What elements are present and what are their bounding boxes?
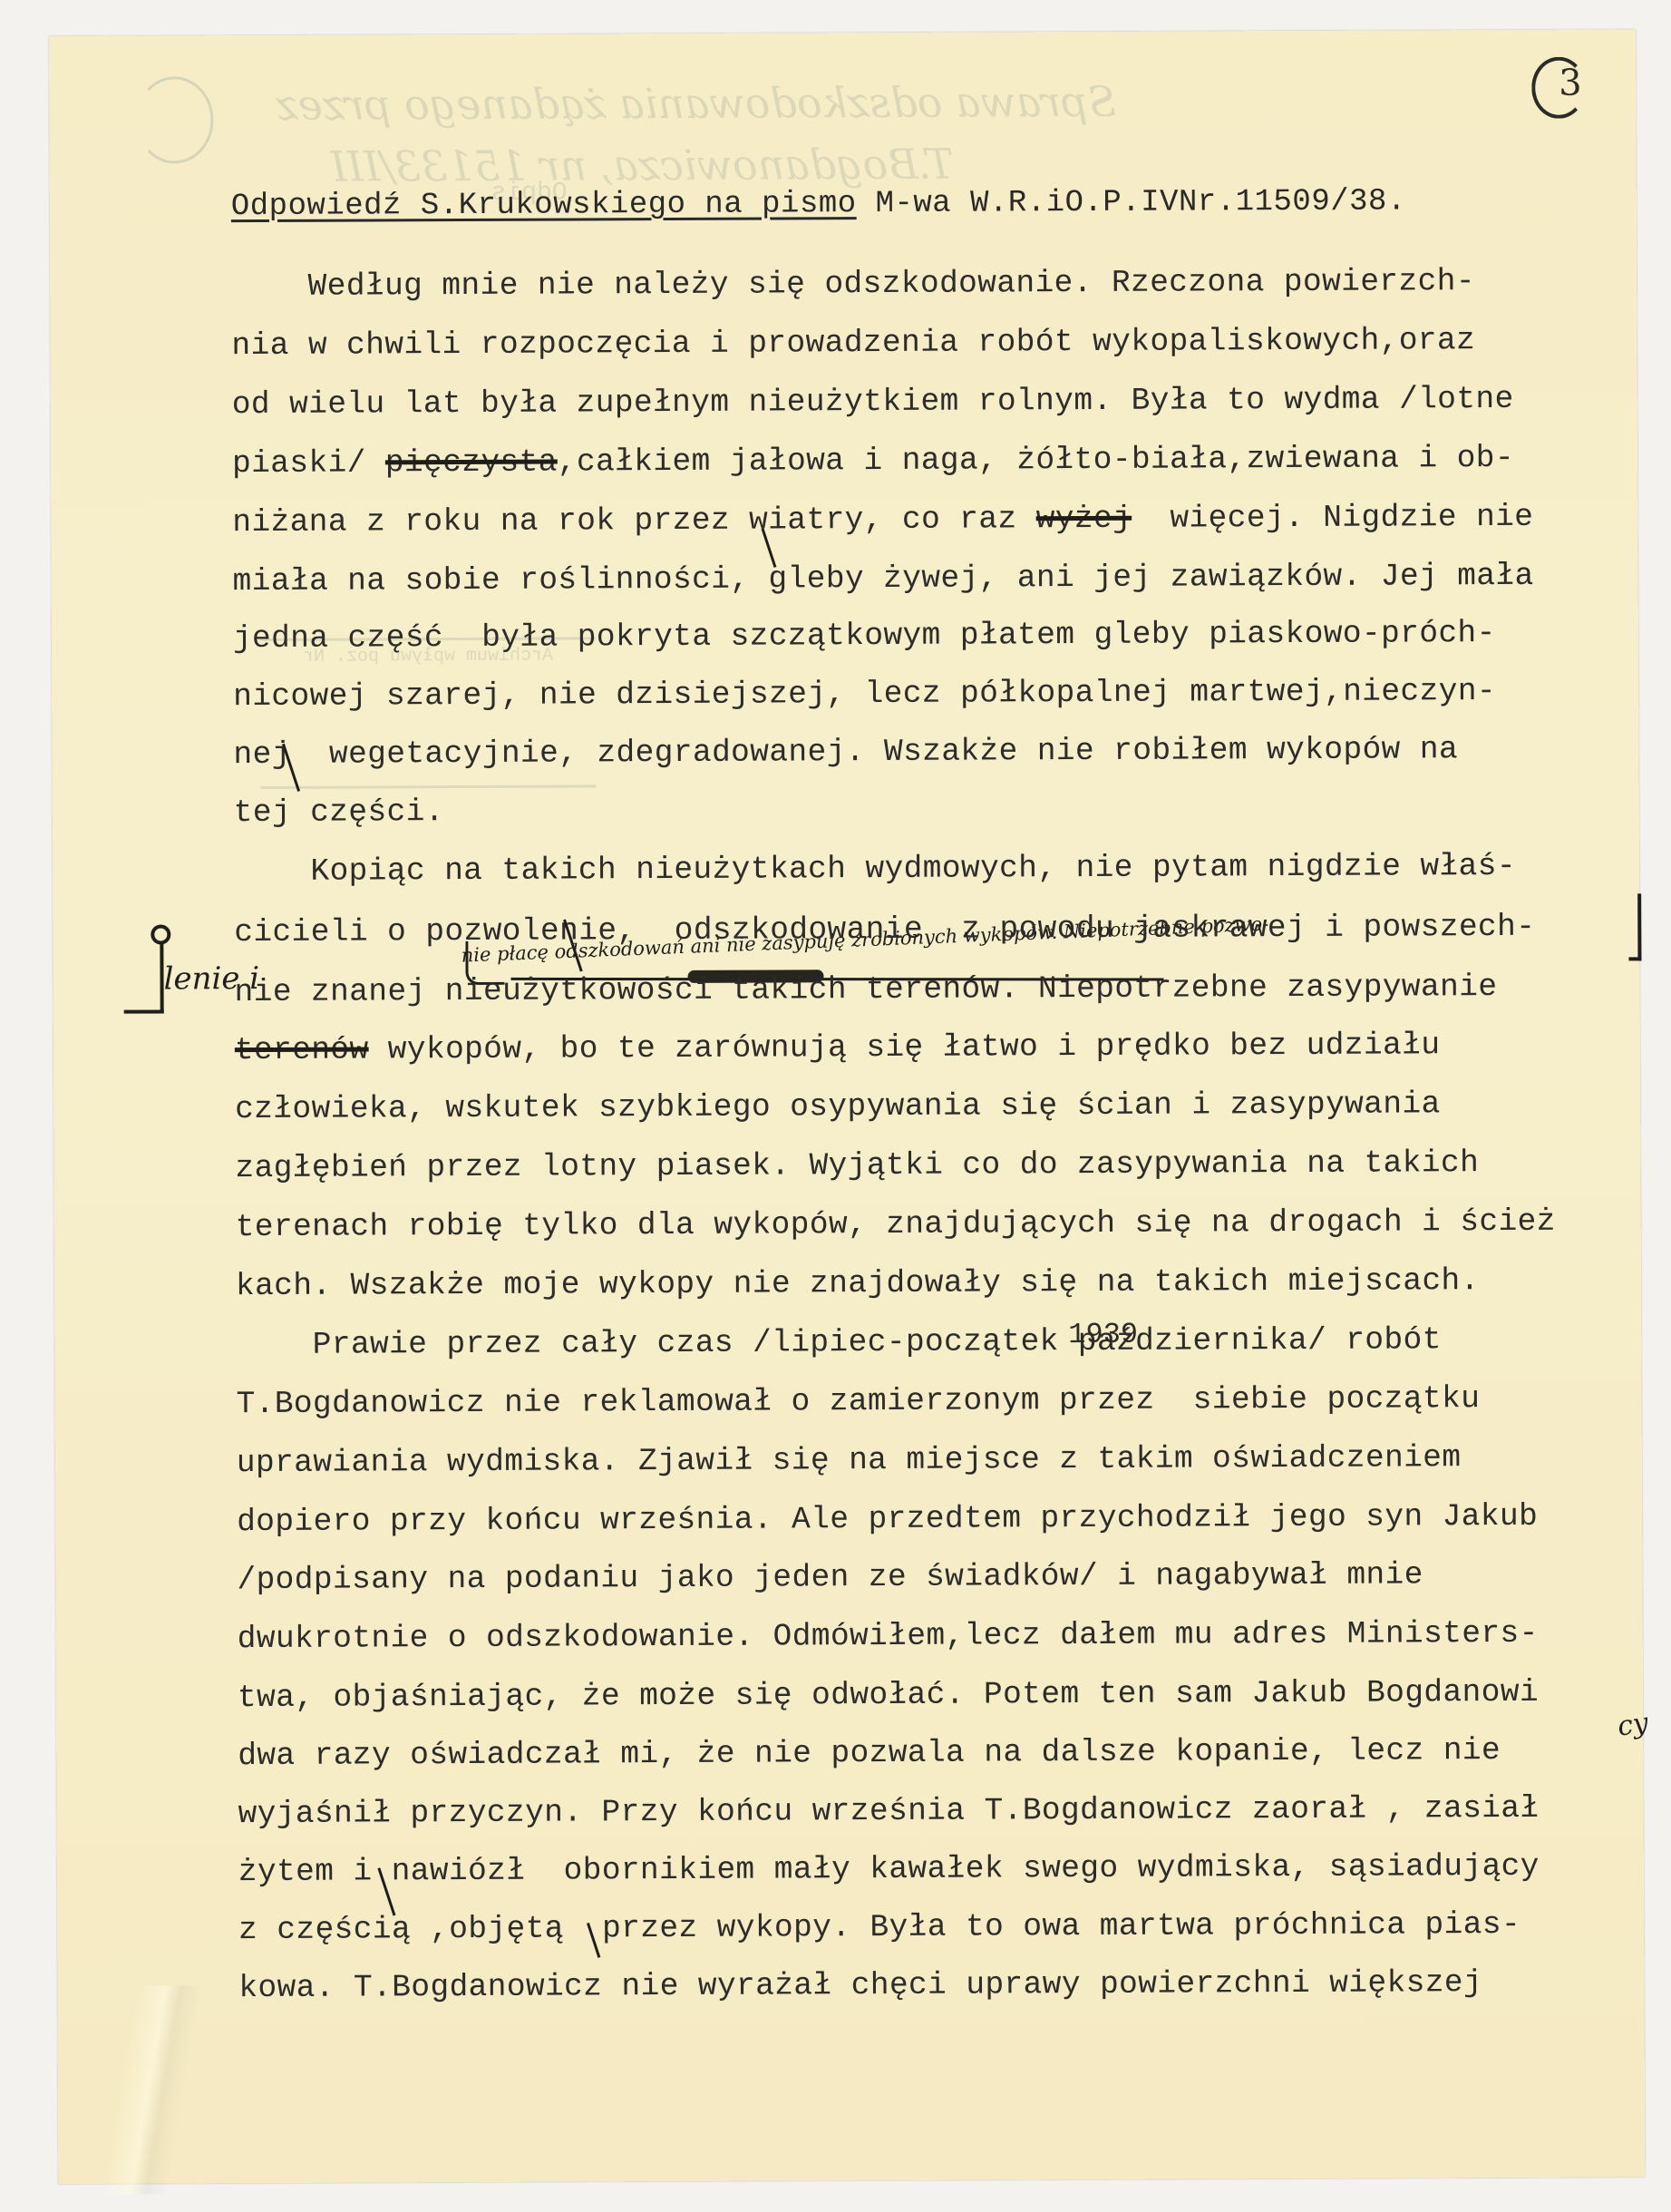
document-page: Sprawa odszkodowania żądanego przez T.Bo… — [49, 29, 1645, 2184]
text-line: /podpisany na podaniu jako jeden ze świa… — [237, 1557, 1423, 1598]
text-line: miała na sobie roślinności, gleby żywej,… — [233, 559, 1534, 599]
page-number-value: 3 — [1559, 63, 1582, 104]
text-line: nie znanej nieużytkowości takich terenów… — [235, 970, 1498, 1010]
text-line: terenów wykopów, bo te zarównują się łat… — [235, 1028, 1441, 1068]
margin-bracket-icon — [123, 925, 154, 1016]
text-line: niżana z roku na rok przez wiatry, co ra… — [232, 500, 1533, 541]
text-line: T.Bogdanowicz nie reklamował o zamierzon… — [236, 1381, 1480, 1422]
text-line: cicieli o pozwolenie, odszkodowanie z po… — [234, 910, 1535, 950]
bleed-through-note-line2: T.Bogdanowicza, nr 15133/III — [331, 140, 954, 191]
text-line: terenach robię tylko dla wykopów, znajdu… — [236, 1204, 1556, 1245]
text-line: dwukrotnie o odszkodowanie. Odmówiłem,le… — [238, 1616, 1539, 1657]
page-number: 3 — [1531, 55, 1595, 119]
text-line: nicowej szarej, nie dzisiejszej, lecz pó… — [233, 674, 1496, 715]
text-line: piaski/ pięczysta,całkiem jałowa i naga,… — [232, 441, 1514, 482]
text-line: żytem i nawiózł obornikiem mały kawałek … — [238, 1849, 1540, 1890]
bleed-through-note-line1: Sprawa odszkodowania żądanego przez — [276, 77, 1116, 130]
text-line: od wielu lat była zupełnym nieużytkiem r… — [232, 382, 1514, 423]
text-line: Według mnie nie należy się odszkodowanie… — [231, 264, 1475, 305]
text-line: dopiero przy końcu września. Ale przedte… — [237, 1499, 1538, 1540]
text-line: Prawie przez cały czas /lipiec-początek … — [236, 1322, 1442, 1363]
text-line: kowa. T.Bogdanowicz nie wyrażał chęci up… — [238, 1965, 1482, 2006]
insertion-bracket-icon — [1628, 893, 1641, 960]
struck-word: wyżej — [1036, 502, 1132, 537]
text-line: Kopiąc na takich nieużytkach wydmowych, … — [234, 849, 1516, 890]
text-line: tej części. — [234, 794, 444, 831]
text-line: nia w chwili rozpoczęcia i prowadzenia r… — [231, 323, 1475, 364]
text-line: z częścią ,objętą przez wykopy. Była to … — [238, 1907, 1520, 1948]
text-line: jedna część była pokryta szczątkowym pła… — [233, 616, 1496, 657]
text-line: zagłębień przez lotny piasek. Wyjątki co… — [235, 1145, 1479, 1186]
title-underlined: Odpowiedź S.Krukowskiego na pismo — [231, 187, 857, 224]
document-title: Odpowiedź S.Krukowskiego na pismo M-wa W… — [231, 184, 1406, 224]
text-line: twa, objaśniając, że może się odwołać. P… — [238, 1675, 1539, 1716]
text-line: dwa razy oświadczał mi, że nie pozwala n… — [238, 1733, 1501, 1774]
text-line: wyjaśnił przyczyn. Przy końcu września T… — [238, 1791, 1539, 1832]
title-reference: M-wa W.R.iO.P.IVNr.11509/38. — [857, 184, 1406, 221]
struck-word: terenów — [235, 1032, 369, 1068]
text-line: człowieka, wskutek szybkiego osypywania … — [235, 1087, 1441, 1127]
handwritten-correction: cy — [1616, 1707, 1650, 1742]
text-line: nej wegetacyjnie, zdegradowanej. Wszakże… — [233, 732, 1458, 773]
text-line: kach. Wszakże moje wykopy nie znajdowały… — [236, 1263, 1480, 1304]
bleed-through-page-mark — [135, 76, 213, 163]
text-line: uprawiania wydmiska. Zjawił się na miejs… — [237, 1440, 1462, 1481]
struck-word: pięczysta — [385, 445, 558, 482]
paper-fold — [93, 1985, 203, 2195]
